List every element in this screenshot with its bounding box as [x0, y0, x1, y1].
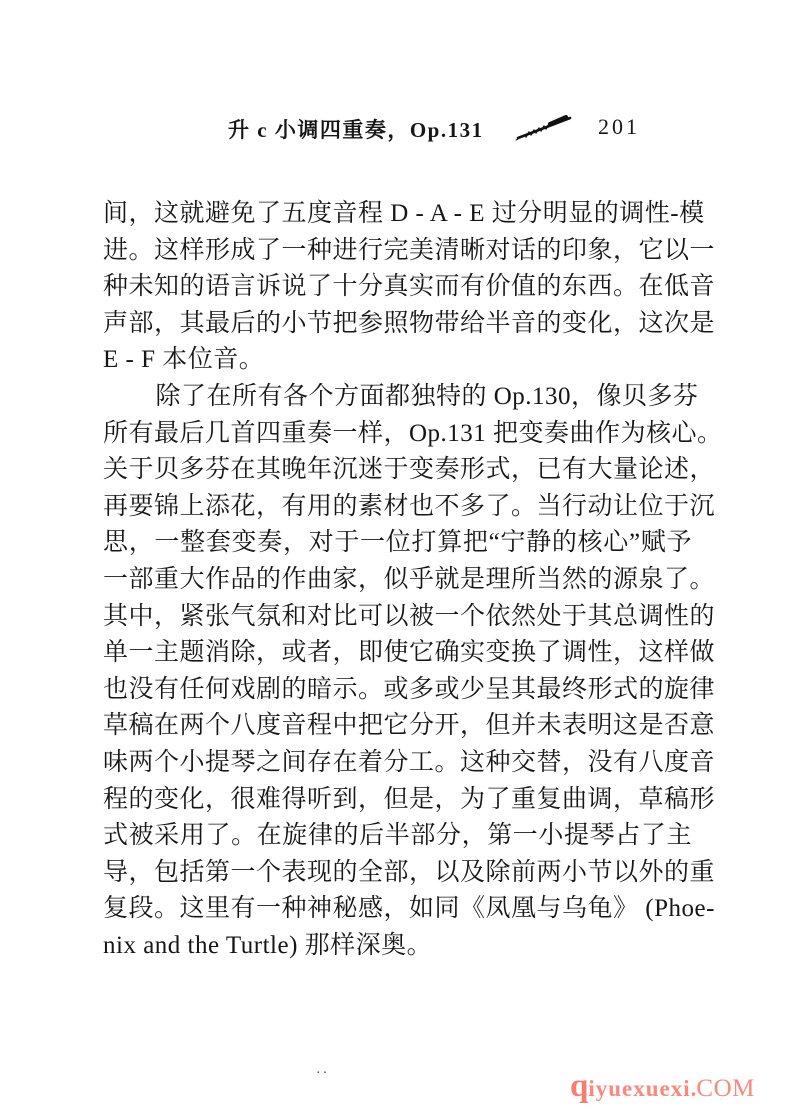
site-watermark: qiyuexuexi.COM	[570, 1068, 770, 1105]
page-number: 201	[598, 114, 640, 140]
text-line: 复段。这里有一种神秘感，如同《凤凰与乌龟》 (Phoe-	[103, 891, 692, 928]
feather-flourish-icon	[514, 110, 576, 144]
text-line: 味两个小提琴之间存在着分工。这种交替，没有八度音	[103, 745, 692, 782]
watermark-tld: COM	[696, 1075, 754, 1102]
chapter-title: 升 c 小调四重奏，Op.131	[228, 114, 484, 144]
text-line: 除了在所有各个方面都独特的 Op.130，像贝多芬	[103, 379, 692, 416]
text-line: nix and the Turtle) 那样深奥。	[103, 928, 692, 965]
text-line: 所有最后几首四重奏一样，Op.131 把变奏曲作为核心。	[103, 416, 692, 453]
watermark-name: iyuexuexi	[588, 1076, 690, 1101]
text-line: 也没有任何戏剧的暗示。或多或少呈其最终形式的旋律	[103, 672, 692, 709]
body-text: 间，这就避免了五度音程 D - A - E 过分明显的调性-模 进。这样形成了一…	[103, 196, 692, 964]
text-line: 进。这样形成了一种进行完美清晰对话的印象，它以一	[103, 233, 692, 270]
text-line: 导，包括第一个表现的全部，以及除前两小节以外的重	[103, 855, 692, 892]
text-line: 思，一整套变奏，对于一位打算把“宁静的核心”赋予	[103, 525, 692, 562]
text-line: 关于贝多芬在其晚年沉迷于变奏形式，已有大量论述，	[103, 452, 692, 489]
text-line: 声部，其最后的小节把参照物带给半音的变化，这次是	[103, 306, 692, 343]
text-line: 单一主题消除，或者，即使它确实变换了调性，这样做	[103, 635, 692, 672]
text-line: 再要锦上添花，有用的素材也不多了。当行动让位于沉	[103, 489, 692, 526]
scanned-book-page: 升 c 小调四重奏，Op.131 201 间，这就避免了五度音程 D - A -…	[0, 0, 794, 1120]
text-line: 程的变化，很难得听到，但是，为了重复曲调，草稿形	[103, 782, 692, 819]
text-line: 式被采用了。在旋律的后半部分，第一小提琴占了主	[103, 818, 692, 855]
text-line: 一部重大作品的作曲家，似乎就是理所当然的源泉了。	[103, 562, 692, 599]
text-line: 草稿在两个八度音程中把它分开，但并未表明这是否意	[103, 708, 692, 745]
text-line: 其中，紧张气氛和对比可以被一个依然处于其总调性的	[103, 599, 692, 636]
watermark-q: q	[570, 1068, 588, 1104]
text-line: 种未知的语言诉说了十分真实而有价值的东西。在低音	[103, 269, 692, 306]
scan-speck: ··	[316, 1066, 329, 1082]
text-line: 间，这就避免了五度音程 D - A - E 过分明显的调性-模	[103, 196, 692, 233]
text-line: E - F 本位音。	[103, 342, 692, 379]
